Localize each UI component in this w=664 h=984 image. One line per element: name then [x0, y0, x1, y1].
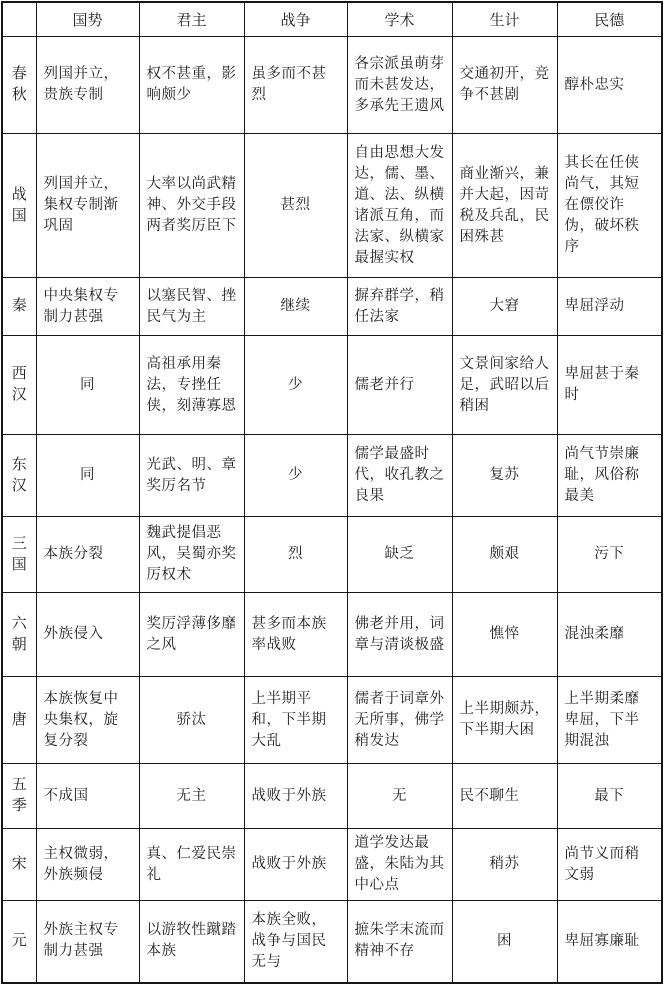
dynasty-name: 战国	[11, 185, 28, 227]
cell-5-0: 本族分裂	[36, 517, 139, 593]
cell-1-0: 列国并立，集权专制渐巩固	[36, 134, 139, 278]
cell-2-3: 摒弃群学，稍任法家	[347, 278, 452, 336]
cell-9-4: 稍苏	[452, 829, 557, 901]
cell-3-4: 文景间家给人足，武昭以后稍困	[452, 336, 557, 435]
cell-10-4: 困	[452, 901, 557, 983]
cell-10-3: 摭朱学末流而精神不存	[347, 901, 452, 983]
table-row-6: 六朝外族侵入奖厉浮薄侈靡之风甚多而本族率战败佛老并用，词章与清谈极盛憔悴混浊柔靡	[2, 593, 662, 677]
dynasty-label-2: 秦	[2, 278, 36, 336]
cell-8-1: 无主	[139, 764, 244, 829]
cell-3-5: 卑屈甚于秦时	[557, 336, 662, 435]
cell-8-0: 不成国	[36, 764, 139, 829]
cell-4-3: 儒学最盛时代，收孔教之良果	[347, 435, 452, 517]
column-header-4: 学术	[347, 2, 452, 37]
dynasty-name: 六朝	[11, 614, 28, 656]
cell-1-5: 其长在任侠尚气，其短在僄佼诈伪，破坏秩序	[557, 134, 662, 278]
table-row-2: 秦中央集权专制力甚强以塞民智、挫民气为主继续摒弃群学，稍任法家大窘卑屈浮动	[2, 278, 662, 336]
cell-3-2: 少	[244, 336, 347, 435]
cell-1-4: 商业渐兴，兼并大起，因苛税及兵乱，民困殊甚	[452, 134, 557, 278]
cell-6-3: 佛老并用，词章与清谈极盛	[347, 593, 452, 677]
table-row-9: 宋主权微弱，外族频侵真、仁爱民崇礼战败于外族道学发达最盛，朱陆为其中心点稍苏尚节…	[2, 829, 662, 901]
cell-4-2: 少	[244, 435, 347, 517]
column-header-3: 战争	[244, 2, 347, 37]
dynasty-label-1: 战国	[2, 134, 36, 278]
dynasty-name: 春秋	[11, 64, 28, 106]
cell-5-5: 污下	[557, 517, 662, 593]
cell-7-2: 上半期平和，下半期大乱	[244, 677, 347, 764]
column-header-2: 君主	[139, 2, 244, 37]
dynasty-label-0: 春秋	[2, 37, 36, 134]
cell-7-0: 本族恢复中央集权，旋复分裂	[36, 677, 139, 764]
cell-7-1: 骄汰	[139, 677, 244, 764]
dynasty-name: 西汉	[11, 364, 28, 406]
dynasty-label-3: 西汉	[2, 336, 36, 435]
dynasty-name: 唐	[11, 710, 28, 731]
cell-9-5: 尚节义而稍文弱	[557, 829, 662, 901]
dynasty-name: 东汉	[11, 455, 28, 497]
table-row-5: 三国本族分裂魏武提倡恶风，吴蜀亦奖厉权术烈缺乏颇艰污下	[2, 517, 662, 593]
table-row-8: 五季不成国无主战败于外族无民不聊生最下	[2, 764, 662, 829]
cell-5-4: 颇艰	[452, 517, 557, 593]
dynasty-name: 宋	[11, 854, 28, 875]
dynasty-label-6: 六朝	[2, 593, 36, 677]
cell-9-1: 真、仁爱民崇礼	[139, 829, 244, 901]
cell-9-2: 战败于外族	[244, 829, 347, 901]
cell-1-3: 自由思想大发达，儒、墨、道、法、纵横诸派互角，而法家、纵横家最握实权	[347, 134, 452, 278]
cell-4-0: 同	[36, 435, 139, 517]
dynasty-name: 秦	[11, 296, 28, 317]
cell-5-2: 烈	[244, 517, 347, 593]
cell-2-5: 卑屈浮动	[557, 278, 662, 336]
dynasty-label-9: 宋	[2, 829, 36, 901]
cell-10-5: 卑屈寡廉耻	[557, 901, 662, 983]
cell-2-0: 中央集权专制力甚强	[36, 278, 139, 336]
cell-8-4: 民不聊生	[452, 764, 557, 829]
cell-2-2: 继续	[244, 278, 347, 336]
dynasty-comparison-table: 国势君主战争学术生计民德 春秋列国并立，贵族专制权不甚重，影响颇少虽多而不甚烈各…	[1, 1, 663, 984]
cell-0-3: 各宗派虽萌芽而未甚发达，多承先王遗风	[347, 37, 452, 134]
cell-6-4: 憔悴	[452, 593, 557, 677]
table-body: 春秋列国并立，贵族专制权不甚重，影响颇少虽多而不甚烈各宗派虽萌芽而未甚发达，多承…	[2, 37, 662, 983]
table-row-3: 西汉同高祖承用秦法，专挫任侠，刻薄寡恩少儒老并行文景间家给人足，武昭以后稍困卑屈…	[2, 336, 662, 435]
cell-5-1: 魏武提倡恶风，吴蜀亦奖厉权术	[139, 517, 244, 593]
cell-7-5: 上半期柔靡卑屈，下半期混浊	[557, 677, 662, 764]
dynasty-label-5: 三国	[2, 517, 36, 593]
dynasty-label-10: 元	[2, 901, 36, 983]
cell-9-3: 道学发达最盛，朱陆为其中心点	[347, 829, 452, 901]
cell-10-1: 以游牧性蹴踏本族	[139, 901, 244, 983]
cell-1-2: 甚烈	[244, 134, 347, 278]
column-header-5: 生计	[452, 2, 557, 37]
dynasty-label-4: 东汉	[2, 435, 36, 517]
cell-7-3: 儒者于词章外无所事，佛学稍发达	[347, 677, 452, 764]
cell-4-5: 尚气节崇廉耻，风俗称最美	[557, 435, 662, 517]
cell-8-2: 战败于外族	[244, 764, 347, 829]
table-row-7: 唐本族恢复中央集权，旋复分裂骄汰上半期平和，下半期大乱儒者于词章外无所事，佛学稍…	[2, 677, 662, 764]
cell-0-4: 交通初开，竞争不甚剧	[452, 37, 557, 134]
cell-9-0: 主权微弱，外族频侵	[36, 829, 139, 901]
dynasty-name: 五季	[11, 775, 28, 817]
cell-8-5: 最下	[557, 764, 662, 829]
dynasty-name: 三国	[11, 534, 28, 576]
cell-1-1: 大率以尚武精神、外交手段两者奖厉臣下	[139, 134, 244, 278]
cell-0-0: 列国并立，贵族专制	[36, 37, 139, 134]
cell-3-1: 高祖承用秦法，专挫任侠，刻薄寡恩	[139, 336, 244, 435]
cell-7-4: 上半期颇苏，下半期大困	[452, 677, 557, 764]
cell-0-2: 虽多而不甚烈	[244, 37, 347, 134]
dynasty-label-8: 五季	[2, 764, 36, 829]
cell-2-4: 大窘	[452, 278, 557, 336]
cell-3-0: 同	[36, 336, 139, 435]
cell-10-0: 外族主权专制力甚强	[36, 901, 139, 983]
cell-6-2: 甚多而本族率战败	[244, 593, 347, 677]
cell-10-2: 本族全败，战争与国民无与	[244, 901, 347, 983]
column-header-6: 民德	[557, 2, 662, 37]
cell-8-3: 无	[347, 764, 452, 829]
cell-6-0: 外族侵入	[36, 593, 139, 677]
cell-0-5: 醇朴忠实	[557, 37, 662, 134]
table-row-0: 春秋列国并立，贵族专制权不甚重，影响颇少虽多而不甚烈各宗派虽萌芽而未甚发达，多承…	[2, 37, 662, 134]
cell-6-1: 奖厉浮薄侈靡之风	[139, 593, 244, 677]
header-row: 国势君主战争学术生计民德	[2, 2, 662, 37]
cell-4-4: 复苏	[452, 435, 557, 517]
column-header-1: 国势	[36, 2, 139, 37]
cell-0-1: 权不甚重，影响颇少	[139, 37, 244, 134]
table-row-4: 东汉同光武、明、章奖厉名节少儒学最盛时代，收孔教之良果复苏尚气节崇廉耻，风俗称最…	[2, 435, 662, 517]
cell-5-3: 缺乏	[347, 517, 452, 593]
table-row-1: 战国列国并立，集权专制渐巩固大率以尚武精神、外交手段两者奖厉臣下甚烈自由思想大发…	[2, 134, 662, 278]
dynasty-label-7: 唐	[2, 677, 36, 764]
cell-6-5: 混浊柔靡	[557, 593, 662, 677]
cell-2-1: 以塞民智、挫民气为主	[139, 278, 244, 336]
table-row-10: 元外族主权专制力甚强以游牧性蹴踏本族本族全败，战争与国民无与摭朱学末流而精神不存…	[2, 901, 662, 983]
table-header: 国势君主战争学术生计民德	[2, 2, 662, 37]
cell-4-1: 光武、明、章奖厉名节	[139, 435, 244, 517]
cell-3-3: 儒老并行	[347, 336, 452, 435]
dynasty-name: 元	[11, 931, 28, 952]
corner-cell	[2, 2, 36, 37]
